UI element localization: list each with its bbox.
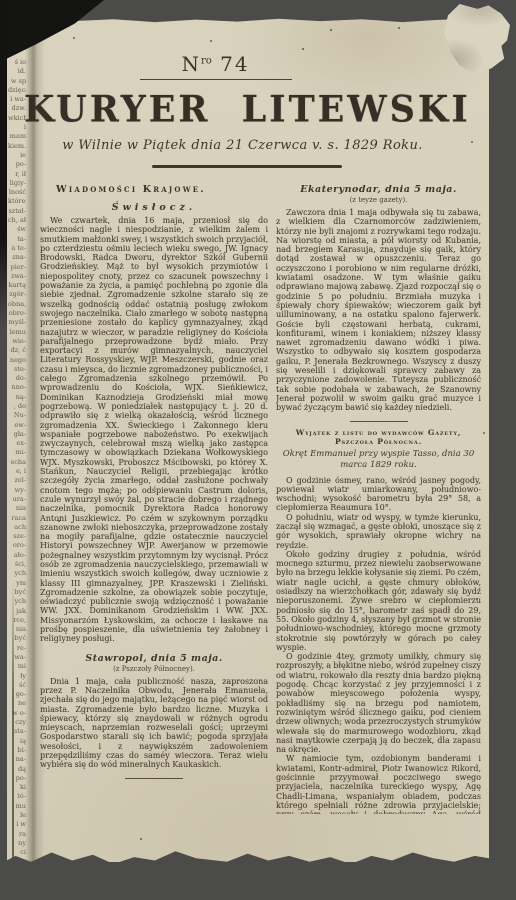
newspaper-page: ś io id. w sp dzięca i wa- dzw. wkich i … (7, 18, 489, 862)
article-paragraph: O godzinie ósmey, rano, wśród jasney pog… (276, 476, 481, 513)
issue-superscript: ro (201, 55, 212, 66)
masthead-divider (152, 165, 342, 168)
article-paragraph: Dnia 1 maja, cała publiczność nasza, zap… (40, 677, 268, 770)
section-heading: Wiadomości Krajowe. (56, 184, 268, 195)
issue-number: Nro 74 (0, 52, 436, 76)
article-paragraph: Zawczora dnia 1 maja odbywała się tu zab… (276, 208, 481, 413)
dateline: w Wilnie w Piątek dnia 21 Czerwca v. s. … (22, 138, 463, 153)
article-subheading-okret: Okręt Emmanuel przy wyspie Tasso, dnia 3… (280, 449, 477, 470)
masthead: Nro 74 KURYER LITEWSKI w Wilnie w Piątek… (40, 52, 481, 168)
ink-speck (477, 303, 479, 305)
article-heading-swisloc: Świsłocz. (40, 202, 268, 213)
article-source-note: (z teyże gazety). (276, 196, 481, 204)
page-edge-crease (12, 578, 14, 878)
issue-value: 74 (220, 52, 249, 76)
article-paragraph: O południu, wiatr od wyspy, w tymże kier… (276, 513, 481, 550)
ink-speck (73, 37, 75, 39)
article-paragraph: We czwartek, dnia 16 maja, przeniosł się… (40, 216, 268, 644)
article-heading-ekaterynodar: Ekaterynodar, dnia 5 maja. (276, 184, 481, 195)
article-paragraph: Około godziny drugiey z południa, wśród … (276, 550, 481, 652)
article-divider-rule (350, 421, 408, 422)
masthead-rule (140, 79, 292, 80)
right-column: Ekaterynodar, dnia 5 maja. (z teyże gaze… (276, 184, 481, 814)
adjacent-page-text-fragments: ś io id. w sp dzięca i wa- dzw. wkich i … (8, 58, 26, 858)
text-columns: Wiadomości Krajowe. Świsłocz. We czwarte… (40, 184, 481, 814)
article-source-note: (z Pszczoły Północney). (40, 665, 268, 673)
ink-speck (210, 40, 212, 42)
scan-viewport: ś io id. w sp dzięca i wa- dzw. wkich i … (0, 0, 516, 900)
ink-speck (330, 29, 332, 31)
ink-speck (476, 598, 478, 600)
article-heading-wyjatek: Wyjątek z listu do wydawców Gazety, Pszc… (282, 428, 475, 448)
ink-speck (398, 27, 400, 29)
newspaper-title: KURYER LITEWSKI (24, 88, 465, 131)
article-heading-stawropol: Stawropol, dnia 5 maja. (40, 653, 268, 664)
issue-prefix: N (181, 52, 201, 76)
ink-speck (302, 48, 304, 50)
ink-speck (140, 838, 142, 840)
article-paragraph: W namiocie tym, ozdobionym banderami i k… (276, 754, 481, 814)
ink-speck (58, 520, 60, 522)
page-content: Nro 74 KURYER LITEWSKI w Wilnie w Piątek… (40, 18, 481, 862)
ink-speck (471, 141, 473, 143)
ink-speck (483, 432, 485, 434)
article-paragraph: O godzinie 4tey, grzmoty umilkły, chmury… (276, 652, 481, 754)
binding-edge-shadow (0, 0, 7, 330)
left-column: Wiadomości Krajowe. Świsłocz. We czwarte… (40, 184, 268, 814)
article-divider-rule (125, 778, 183, 779)
